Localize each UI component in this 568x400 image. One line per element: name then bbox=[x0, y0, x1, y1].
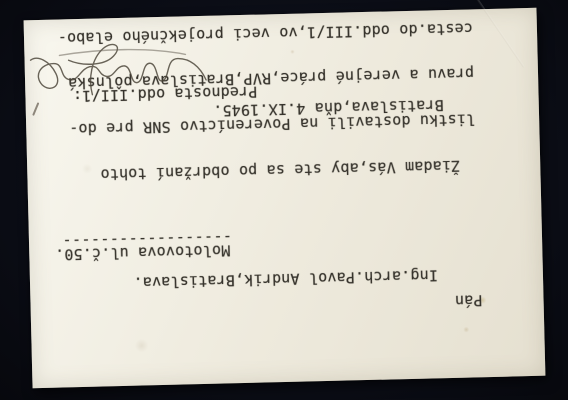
photo-background: Pán Ing.arch.Pavol Andrik,Bratislava. Mo… bbox=[0, 0, 568, 400]
body-line: Žiadam Vás,aby ste sa po obdržaní tohto bbox=[61, 157, 477, 182]
scanned-letter-card: Pán Ing.arch.Pavol Andrik,Bratislava. Mo… bbox=[24, 8, 546, 388]
salutation: Pán bbox=[455, 292, 483, 308]
pencil-slash-mark-icon bbox=[32, 102, 39, 116]
address-underline: ------------------ bbox=[62, 229, 232, 248]
addressee-line: Ing.arch.Pavol Andrik,Bratislava. bbox=[133, 267, 438, 290]
handwritten-signature-scrawl-icon bbox=[27, 34, 210, 100]
upside-down-document-content: Pán Ing.arch.Pavol Andrik,Bratislava. Mo… bbox=[24, 8, 546, 388]
